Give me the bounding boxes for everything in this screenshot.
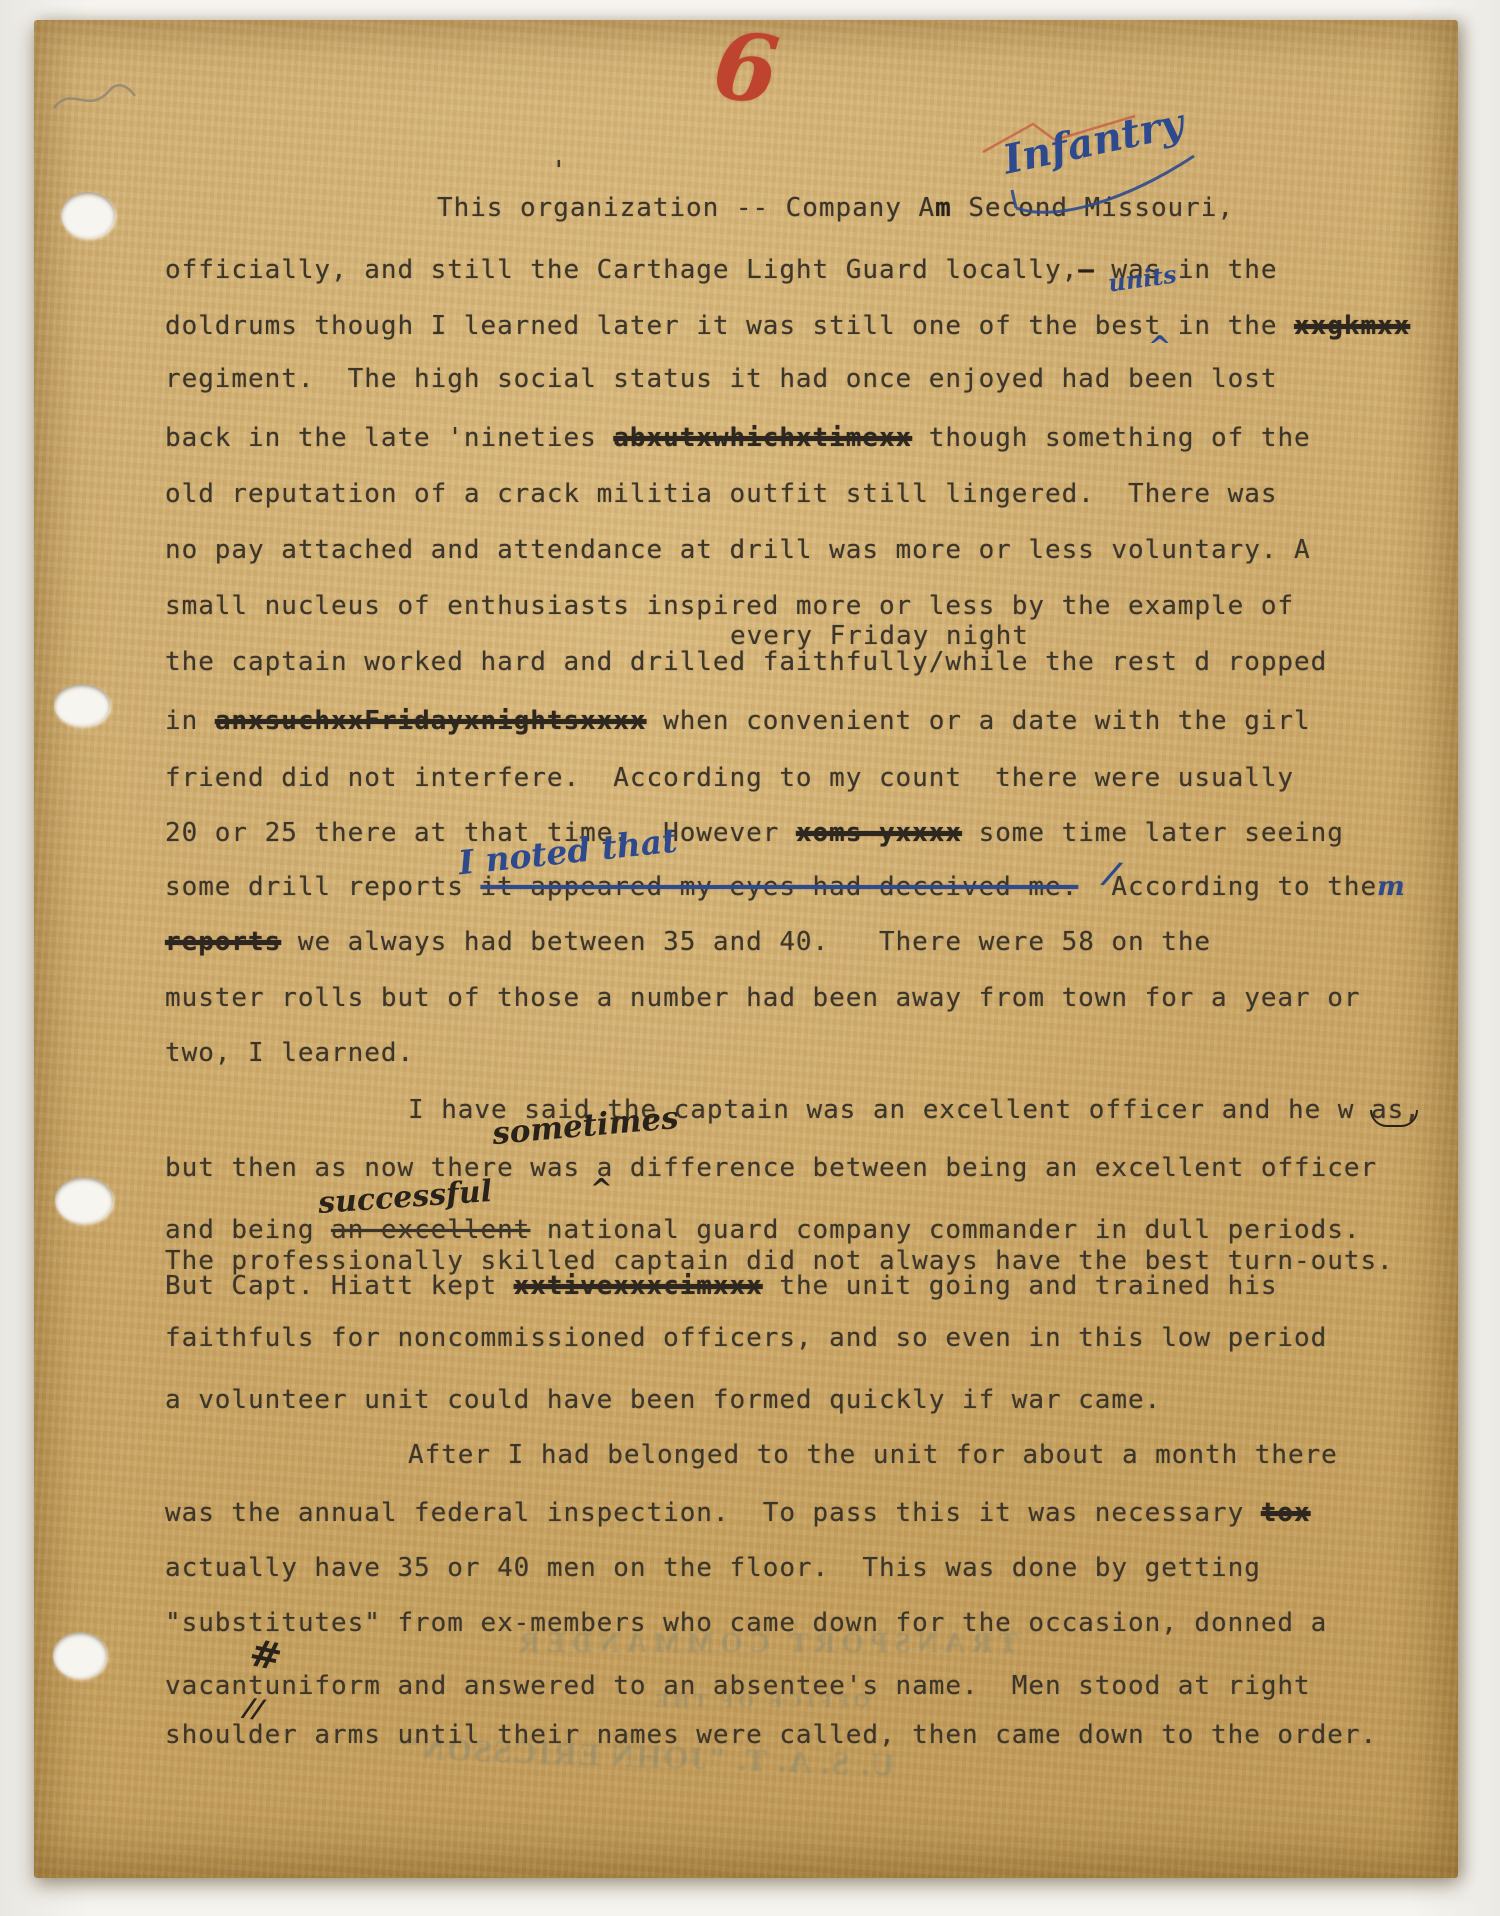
typed-segment: faithfuls for noncommissioned officers, … [165,1323,1327,1353]
typed-segment: national guard company commander in dull… [530,1215,1360,1245]
typed-line: reports we always had between 35 and 40.… [165,927,1211,957]
typed-line: muster rolls but of those a number had b… [165,983,1360,1013]
typed-line: But Capt. Hiatt kept xxtivexxxcimxxx the… [165,1271,1277,1301]
typed-line: ' [551,156,568,186]
typed-segment: but then as now there was a difference b… [165,1153,1377,1183]
typed-line: small nucleus of enthusiasts inspired mo… [165,591,1294,621]
typed-segment: regiment. The high social status it had … [165,364,1277,394]
typed-line: old reputation of a crack militia outfit… [165,479,1277,509]
typed-segment: and being [165,1215,331,1245]
typed-segment: the unit going and trained his [763,1271,1278,1301]
typed-segment: was the annual federal inspection. To pa… [165,1498,1261,1528]
typed-segment-strike-heavy: xxgkmxx [1294,311,1410,341]
typed-line: regiment. The high social status it had … [165,364,1277,394]
typed-segment-strike-heavy: xoms yxxxx [796,818,962,848]
typed-segment-strike: an excellent [331,1215,530,1245]
typed-segment: shoulder arms until their names were cal… [165,1720,1377,1750]
hw-units-caret: ^ [1148,330,1171,363]
typed-line: faithfuls for noncommissioned officers, … [165,1323,1327,1353]
typed-segment: But Capt. Hiatt kept [165,1271,514,1301]
typed-segment: a volunteer unit could have been formed … [165,1385,1161,1415]
scanned-manuscript: 'This organization -- Company Am Second … [0,0,1500,1916]
typed-segment: actually have 35 or 40 men on the floor.… [165,1553,1261,1583]
page-number: 6 [709,11,784,125]
typed-segment: some time later seeing [962,818,1344,848]
typed-segment-hwm: m [1377,872,1405,902]
typed-segment: muster rolls but of those a number had b… [165,983,1360,1013]
typed-segment-strike-heavy: tox [1261,1498,1311,1528]
typed-line: and being an excellent national guard co… [165,1215,1360,1245]
typed-line: After I had belonged to the unit for abo… [408,1440,1338,1470]
typed-segment: two, I learned. [165,1038,414,1068]
typed-segment: This organization -- Company A [437,193,935,223]
typed-segment-strike-heavy: abxutxwhichxtimexx [613,423,912,453]
typed-segment: "substitutes" from ex-members who came d… [165,1608,1327,1638]
typed-line: back in the late 'nineties abxutxwhichxt… [165,423,1311,453]
typed-segment: we always had between 35 and 40. There w… [281,927,1211,957]
punch-hole [54,684,110,726]
typed-line: two, I learned. [165,1038,414,1068]
pencil-squiggle-mark [48,76,140,124]
typed-segment: though something of the [912,423,1310,453]
typed-segment-heavy: — [1078,255,1095,285]
punch-hole [53,1632,107,1678]
typed-line: no pay attached and attendance at drill … [165,535,1311,565]
typed-segment: small nucleus of enthusiasts inspired mo… [165,591,1294,621]
typed-segment: back in the late 'nineties [165,423,613,453]
typed-segment: According to the [1078,872,1377,902]
typed-segment-strike-heavy: reports [165,927,281,957]
typed-line: doldrums though I learned later it was s… [165,311,1410,341]
typed-line: the captain worked hard and drilled fait… [165,647,1327,677]
typed-segment: some drill reports [165,872,480,902]
typed-line: friend did not interfere. According to m… [165,763,1294,793]
typed-line: a volunteer unit could have been formed … [165,1385,1161,1415]
typed-segment: in [165,706,215,736]
typed-line: "substitutes" from ex-members who came d… [165,1608,1327,1638]
typed-line: some drill reports it appeared my eyes h… [165,872,1405,902]
typed-line: in anxsuchxxFridayxnightsxxxx when conve… [165,706,1311,736]
punch-hole [61,192,115,238]
typed-segment: when convenient or a date with the girl [647,706,1311,736]
typed-line: 20 or 25 there at that time. However xom… [165,818,1344,848]
typed-segment: old reputation of a crack militia outfit… [165,479,1277,509]
typed-segment: ' [551,156,568,186]
typed-segment: the captain worked hard and drilled fait… [165,647,1327,677]
typed-segment: friend did not interfere. According to m… [165,763,1294,793]
typed-segment: officially, and still the Carthage Light… [165,255,1078,285]
typed-line: shoulder arms until their names were cal… [165,1720,1377,1750]
typed-segment-heavy: m [935,193,952,223]
typed-line: vacantuniform and answered to an absente… [165,1671,1311,1701]
typed-segment-strike-heavy: xxtivexxxcimxxx [514,1271,763,1301]
typed-line: but then as now there was a difference b… [165,1153,1377,1183]
punch-hole [55,1177,113,1223]
typed-line: actually have 35 or 40 men on the floor.… [165,1553,1261,1583]
typed-segment-blue-strike: it appeared my eyes had deceived me. [480,872,1078,902]
typed-segment: no pay attached and attendance at drill … [165,535,1311,565]
typed-segment: doldrums though I learned later it was s… [165,311,1294,341]
typed-line: was the annual federal inspection. To pa… [165,1498,1311,1528]
typed-segment-strike-heavy: anxsuchxxFridayxnightsxxxx [215,706,647,736]
hw-sometimes-caret: ^ [590,1174,613,1205]
typed-segment: After I had belonged to the unit for abo… [408,1440,1338,1470]
typed-segment: vacantuniform and answered to an absente… [165,1671,1311,1701]
